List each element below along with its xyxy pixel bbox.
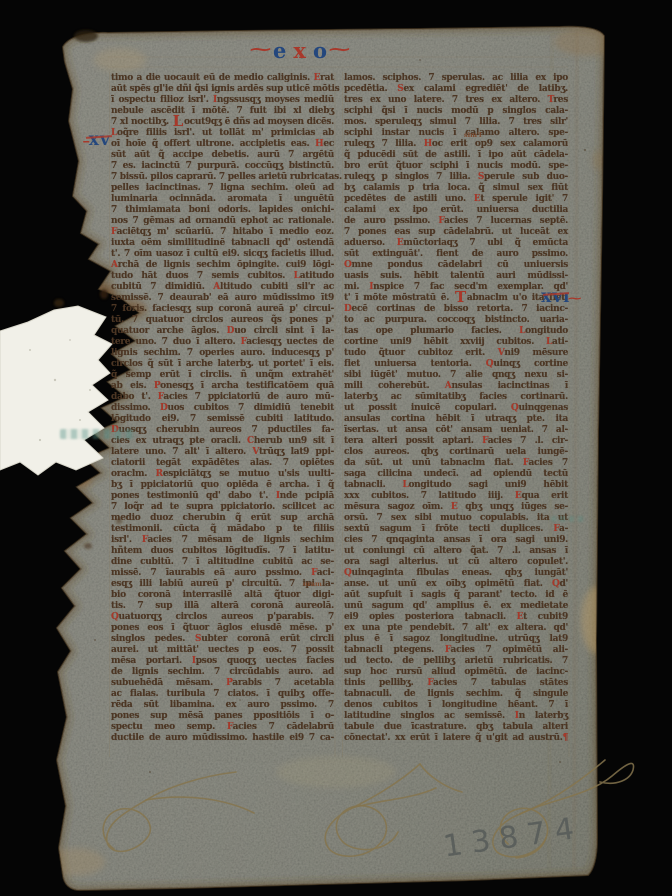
text-line: 7 loq̃r ad te supra ppiciatorio. scilice… xyxy=(111,502,334,513)
text-line: nebule ascēdit ī mōtē. 7 fuit ibi xl die… xyxy=(111,106,334,117)
text-line: luminaria ocinnāda. aromata ī unguētū xyxy=(111,194,334,205)
text-line: mēsura sagoz oīm. E qbʒ unqʒ iūges se- xyxy=(344,502,568,513)
text-line: saga cilicina undecī. ad opiendū tectū xyxy=(344,469,568,480)
faded-ink-mark xyxy=(551,516,585,522)
text-line: ei9 opies posteriora tabnacli. Et cubit9 xyxy=(344,612,568,623)
text-line: tas ope plumario facies. Longitudo xyxy=(344,326,568,337)
text-line: plus ē ī sagoz longitudine. utrūqʒ lat9 xyxy=(344,634,568,645)
text-line: da sūt. ut unū tabnaclm fiat. Facies 7 xyxy=(344,458,568,469)
text-line: subuehēdā mēsam. Parabis 7 acetabla xyxy=(111,678,334,689)
text-line: q̃ semp erūt ī circlis. ñ unq̃m extrahēt… xyxy=(111,370,334,381)
text-line: laterbʒ ac sūmitatibʒ facies cortinarū. xyxy=(344,392,568,403)
text-line: aduerso. Emūctoriaqʒ 7 ubi q̃ emūcta xyxy=(344,238,568,249)
text-line: timo a die uocauit eū de medio caliginis… xyxy=(111,73,334,84)
text-line: tabnacli ptegens. Facies 7 opimētū ali- xyxy=(344,645,568,656)
text-line: Duosqʒ cherubin aureos 7 pductiles fa- xyxy=(111,425,334,436)
text-line: dabo t'. Facies 7 ppiciatoriū de auro mū… xyxy=(111,392,334,403)
text-line: unū sagum qd' amplius ē. ex medietate xyxy=(344,601,568,612)
text-line: lignis sechim. 7 operies auro. inducesqʒ… xyxy=(111,348,334,359)
text-line: de lignis sechim. 7 circūdabis auro. ad xyxy=(111,667,334,678)
running-title-letter: x xyxy=(293,40,306,62)
text-line: bro erūt q̃tuor sciphi ī nucis modū. spe… xyxy=(344,161,568,172)
text-line: ora sagi alterius. ut cū altero copulet'… xyxy=(344,557,568,568)
text-line: sup hoc rursū aliud opimētū. de iacinc- xyxy=(344,667,568,678)
interlinear-correction: oram xyxy=(303,581,322,588)
text-line: oī hoīe q̃ offert ultrone. accipietis ea… xyxy=(111,139,334,150)
text-line: cōnectat'. xx erūt ī latere q̃ u'git ad … xyxy=(344,733,568,744)
text-line: rēda sūt libamina. ex auro pssimo. 7 xyxy=(111,700,334,711)
text-line: calami ex ipo erūt. uniuersa ductilia xyxy=(344,205,568,216)
text-line: Omne pondus cādelabri cū uniuersis xyxy=(344,260,568,271)
text-line: missē. 7 īaurabis eā auro pssimo. Faci- xyxy=(111,568,334,579)
text-line: Quinqaginta fibulas eneas. qbʒ iungāt' xyxy=(344,568,568,579)
text-line: tres ex uno latere. 7 tres ex altero. Tr… xyxy=(344,95,568,106)
interlinear-correction: sim'l xyxy=(464,132,481,139)
text-line: sibi iūgēt' mutuo. 7 alie qnqʒ nexu si- xyxy=(344,370,568,381)
text-line: Loq̃re filiis isrl'. ut tollāt m' primic… xyxy=(111,128,334,139)
running-title-letter: e xyxy=(273,40,286,62)
text-line: cubitū 7 dimidiū. Altitudo cubiti sil'r … xyxy=(111,282,334,293)
text-line: quatuor arche āglos. Duo circli sint ī l… xyxy=(111,326,334,337)
text-line: ut coniungi cū altero q̃at. 7 .l. ansas … xyxy=(344,546,568,557)
text-line: lōgitudo ei9. 7 semissē cubiti latitudo. xyxy=(111,414,334,425)
text-line: ansulas cortina hēbit ī utraqʒ pte. ita xyxy=(344,414,568,425)
text-line: uasis suis. hēbit talentū auri mūdissi- xyxy=(344,271,568,282)
text-line: tabnaculi. de lignis sechim. q̃ singule xyxy=(344,689,568,700)
text-line: circlos q̃ sūt ī arche laterbʒ. ut porte… xyxy=(111,359,334,370)
running-title-letter: o xyxy=(313,40,327,62)
text-line: tudo q̃tuor cubitoz erit. Vni9 mēsure xyxy=(344,348,568,359)
text-line: ruleqʒ 7 lilia. Hoc erit op9 sex calamor… xyxy=(344,139,568,150)
text-line: Faciētqʒ m' scūariū. 7 hitabo ī medio eo… xyxy=(111,227,334,238)
text-line: ac fialas. turibula 7 ciatos. ī quibʒ of… xyxy=(111,689,334,700)
text-line: iuxta oēm similitudinē tabnacli qd' oste… xyxy=(111,238,334,249)
text-line: 7 es. iacinctū 7 purpurā. coccūqʒ bistin… xyxy=(111,161,334,172)
text-line: ex una pte pendebit. 7 alt' ex altera. q… xyxy=(344,623,568,634)
title-flourish: ~ xyxy=(326,37,352,66)
text-layer: ~exo~ timo a die uocauit eū de medio cal… xyxy=(0,0,672,896)
text-line: tabnacli. Longitudo sagi uni9 hēbit xyxy=(344,480,568,491)
text-line: īsertas. ut ansa cōt' ansam ueniat. 7 al… xyxy=(344,425,568,436)
text-line: lamos. sciphos. 7 sperulas. ac lilia ex … xyxy=(344,73,568,84)
text-line: pones sup mēsā panes ppositiōis ī o- xyxy=(111,711,334,722)
manuscript-photo: ~exo~ timo a die uocauit eū de medio cal… xyxy=(0,0,672,896)
text-line: latitudine singlos ac semissē. In laterb… xyxy=(344,711,568,722)
text-line: fiet uniuersa tentoria. Quinqʒ cortine xyxy=(344,359,568,370)
text-line: singlos pedes. Subter coronā erūt circli xyxy=(111,634,334,645)
text-line: oraclm. Respiciātqʒ se mutuo u'sis uulti… xyxy=(111,469,334,480)
text-line: t' ī mōte mōstratū ē. Tabnaclm u'o ita f… xyxy=(344,293,568,304)
text-line: clos aureos. qbʒ cortinarū uela iungē- xyxy=(344,447,568,458)
text-line: isrl'. Facies 7 mēsam de lignis sechim xyxy=(111,535,334,546)
text-line: de auro pssimo. Facies 7 lucernas septē. xyxy=(344,216,568,227)
text-line: sūt aūt q̃ accipe debetis. aurū 7 argētū xyxy=(111,150,334,161)
text-line: Quatuorqʒ circlos aureos p'parabis. 7 xyxy=(111,612,334,623)
column-left: timo a die uocauit eū de medio caliginis… xyxy=(111,73,334,744)
text-line: tinis pellibʒ. Facies 7 tabulas stātes xyxy=(344,678,568,689)
text-line: ud tecto. de pellibʒ arietū rubricatis. … xyxy=(344,656,568,667)
text-line: orsū. 7 sex sibi mutuo copulabis. ita ut xyxy=(344,513,568,524)
text-line: q̃ pducēdi sūt de astili. ī ipo aūt cāde… xyxy=(344,150,568,161)
text-line: xxx cubitos. 7 latitudo iiij. Equa erit xyxy=(344,491,568,502)
text-line: spectu meo semp. Facies 7 cādelabrū xyxy=(111,722,334,733)
text-line: Decē cortinas de bisso retorta. 7 iacinc… xyxy=(344,304,568,315)
text-line: testimonii. cūcta q̃ mādabo p te filiis xyxy=(111,524,334,535)
text-line: 7 foris. faciesqʒ sup coronā aureā p' ci… xyxy=(111,304,334,315)
chapter-number-XV: -XV xyxy=(84,130,111,149)
running-title: ~exo~ xyxy=(0,40,600,62)
text-line: 7 xl noctibʒ. Locut9qʒ ē dñs ad moysen d… xyxy=(111,117,334,128)
text-line: tabule due īcastrature. qbʒ tabula alter… xyxy=(344,722,568,733)
text-line: aurei. ut mittāt' uectes p eos. 7 possit xyxy=(111,645,334,656)
text-line: ut possit inuicē copulari. Quinqgenas xyxy=(344,403,568,414)
text-line: t'. 7 oīm uasoz ī cultū ei9. sicqʒ facie… xyxy=(111,249,334,260)
text-line: tere uno. 7 duo ī altero. Faciesqʒ uecte… xyxy=(111,337,334,348)
text-line: ī ospectu filioz isrl'. Ingssusqʒ moyses… xyxy=(111,95,334,106)
text-line: pcedētia. Sex calami egrediēt' de latibʒ… xyxy=(344,84,568,95)
text-line: 7 thimiamata boni odoris. lapides onichi… xyxy=(111,205,334,216)
text-line: ab eis. Ponesqʒ ī archa testificatōem qu… xyxy=(111,381,334,392)
text-line: mēsa portari. Ipsos quoqʒ uectes facies xyxy=(111,656,334,667)
text-line: pones eos ī q̃tuor āglos eiusdē mēse. p' xyxy=(111,623,334,634)
text-line: Archā de lignis sechim ōpingite. cui9 lō… xyxy=(111,260,334,271)
text-line: bʒ ī ppiciatoriū quo opiēda ē archa. ī q… xyxy=(111,480,334,491)
text-line: ductile de auro mūdissimo. hastile ei9 7… xyxy=(111,733,334,744)
text-line: cies 7 qnqaginta ansas ī ora sagi uni9. xyxy=(344,535,568,546)
text-line: pelles iacinctinas. 7 ligna sechim. oleū… xyxy=(111,183,334,194)
text-line: sciphi instar nucis ī calamo altero. spe… xyxy=(344,128,568,139)
text-line: to ac purpura. coccoqʒ bistincto. uaria- xyxy=(344,315,568,326)
text-line: sūt extinguāt'. fient de auro pssimo. xyxy=(344,249,568,260)
text-line: semissē. 7 deaurab' eā auro mūdissimo īt… xyxy=(111,293,334,304)
text-line: cortine uni9 hēbit xxviij cubitos. Lati- xyxy=(344,337,568,348)
text-line: aūt supfuit ī sagis q̃ parant' tecto. id… xyxy=(344,590,568,601)
text-line: esqʒ illi labiū aureū p' circuitū. 7 ipi… xyxy=(111,579,334,590)
column-right: lamos. sciphos. 7 sperulas. ac lilia ex … xyxy=(344,73,568,744)
text-line: tera alteri possit aptari. Facies 7 .l. … xyxy=(344,436,568,447)
text-line: tudo hāt duos 7 semis cubitos. Latitudo xyxy=(111,271,334,282)
text-line: pcedētes de astili uno. Et sperule igit'… xyxy=(344,194,568,205)
text-line: cies ex utraqʒ pte oracli. Cherub un9 si… xyxy=(111,436,334,447)
text-line: aūt spēs gl'ie dñi q̃si ignis ardēs sup … xyxy=(111,84,334,95)
title-flourish: ~ xyxy=(247,37,273,66)
text-line: latere uno. 7 alt' ī altero. Vtrūqʒ lat9… xyxy=(111,447,334,458)
text-line: ciatorii tegāt expādētes alas. 7 opiētes xyxy=(111,458,334,469)
text-line: mili coherebūt. Ansulas iacinctinas ī xyxy=(344,381,568,392)
text-line: sciphi q̃si ī nucis modū p singlos cala- xyxy=(344,106,568,117)
text-line: 7 bissū. pilos caprarū. 7 pelles arietū … xyxy=(111,172,334,183)
text-line: nos 7 gēmas ad ornandū ephot ac rational… xyxy=(111,216,334,227)
faded-ink-stamp xyxy=(60,429,136,439)
text-line: bio coronā interrasilē altā q̃tuor digi- xyxy=(111,590,334,601)
text-line: mos. speruleqʒ simul 7 lilia. 7 tres sil… xyxy=(344,117,568,128)
text-line: medio duoz cherubin q̃ erūt sup archā xyxy=(111,513,334,524)
text-line: bʒ calamis p tria loca. q̃ simul sex fiū… xyxy=(344,183,568,194)
text-line: denos cubitos ī longitudine hēant. 7 ī xyxy=(344,700,568,711)
text-line: anse. ut unū ex oībʒ opimētū fiat. Qd' xyxy=(344,579,568,590)
text-line: dine cubitū. 7 ī altitudine cubitū ac se… xyxy=(111,557,334,568)
text-line: hñtem duos cubitos lōgitudĩs. 7 ī latitu… xyxy=(111,546,334,557)
pencil-shelfmark: 13874 xyxy=(441,812,585,863)
text-line: sextū sagum ī frōte tecti duplices. Fa- xyxy=(344,524,568,535)
text-line: tis. 7 sup illā alterā coronā aureolā. xyxy=(111,601,334,612)
text-line: 7 pones eas sup cādelabrū. ut luceāt ex xyxy=(344,227,568,238)
text-line: tū. 7 quatuor circlos aureos q̃s pones p… xyxy=(111,315,334,326)
text-line: ruleqʒ p singlos 7 lilia. Sperule sub du… xyxy=(344,172,568,183)
text-line: pones testimoniū qd' dabo t'. Inde pcipi… xyxy=(111,491,334,502)
text-line: dissimo. Duos cubitos 7 dimidiū tenebit xyxy=(111,403,334,414)
chapter-number-XVI: XVI~ xyxy=(541,287,579,306)
